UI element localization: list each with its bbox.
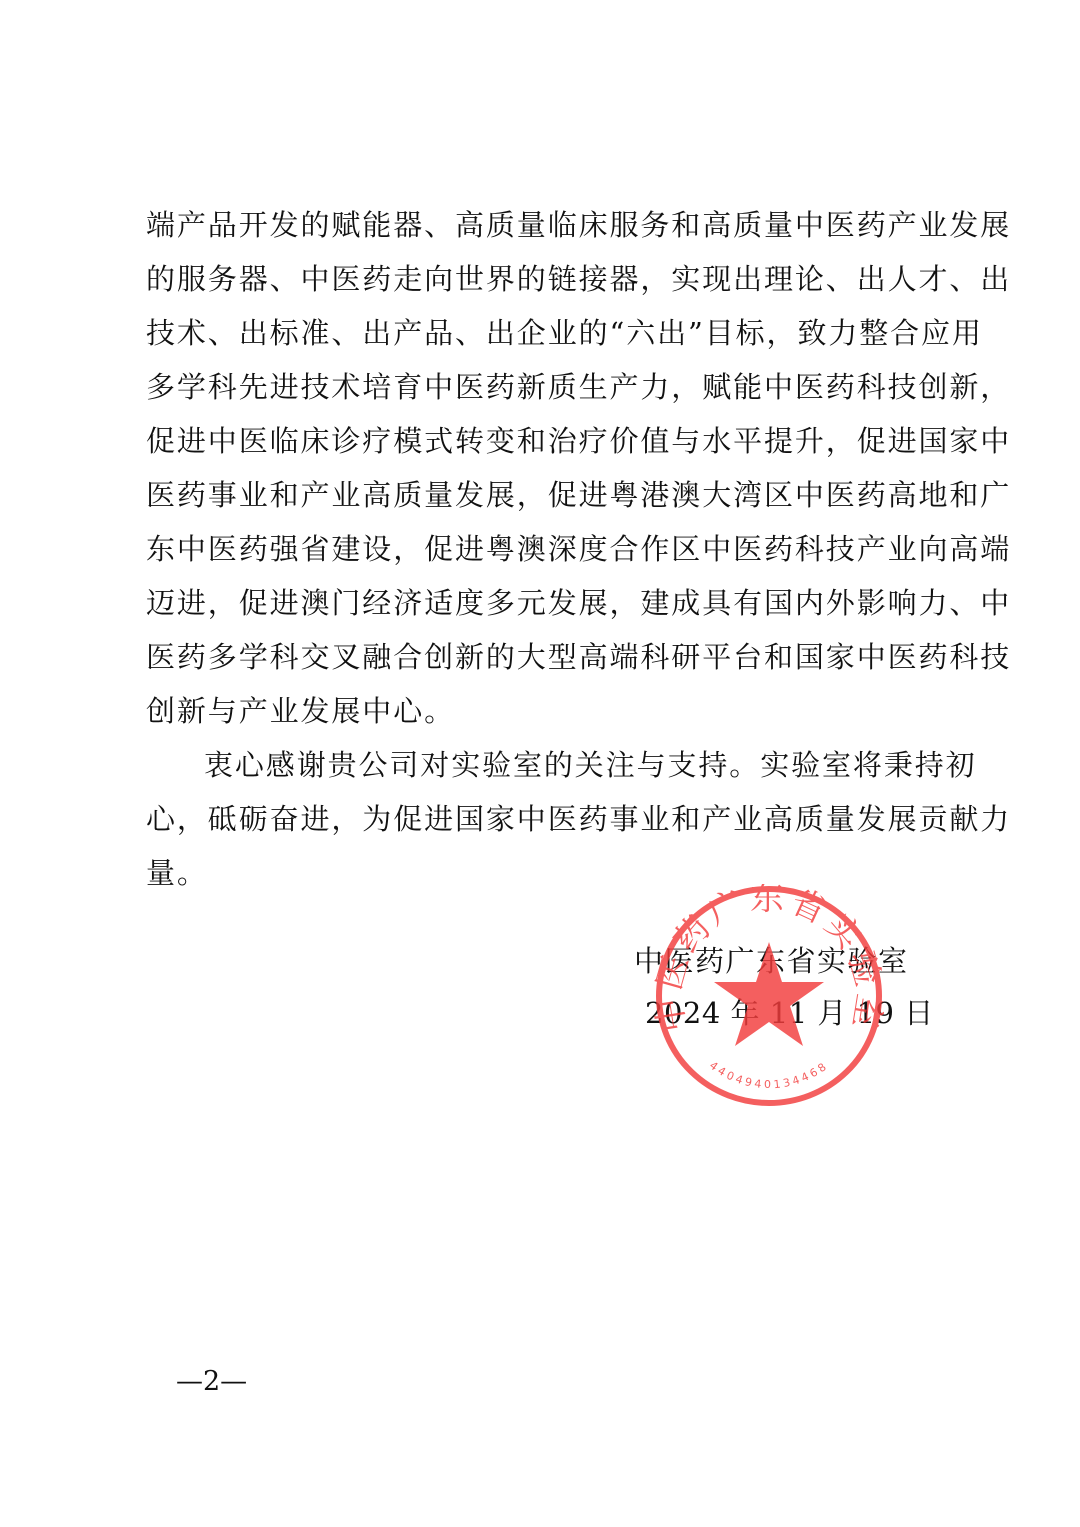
- body-line: 的服务器、中医药走向世界的链接器，实现出理论、出人才、出: [146, 252, 946, 306]
- document-body: 端产品开发的赋能器、高质量临床服务和高质量中医药产业发展 的服务器、中医药走向世…: [146, 198, 946, 900]
- signature-block: 中医药广东省实验室 2024 年 11 月 19 日: [634, 935, 934, 1039]
- body-line: 量。: [146, 846, 946, 900]
- page-number: —2—: [176, 1365, 247, 1399]
- signature-organization: 中医药广东省实验室: [634, 935, 934, 987]
- body-line: 创新与产业发展中心。: [146, 684, 946, 738]
- body-line: 东中医药强省建设，促进粤澳深度合作区中医药科技产业向高端: [146, 522, 946, 576]
- body-line-paragraph-start: 衷心感谢贵公司对实验室的关注与支持。实验室将秉持初: [146, 738, 946, 792]
- document-page: 端产品开发的赋能器、高质量临床服务和高质量中医药产业发展 的服务器、中医药走向世…: [0, 0, 1080, 1527]
- body-line: 医药多学科交叉融合创新的大型高端科研平台和国家中医药科技: [146, 630, 946, 684]
- svg-text:4404940134468: 4404940134468: [707, 1059, 831, 1091]
- body-line: 促进中医临床诊疗模式转变和治疗价值与水平提升，促进国家中: [146, 414, 946, 468]
- body-line: 多学科先进技术培育中医药新质生产力，赋能中医药科技创新，: [146, 360, 946, 414]
- body-line: 技术、出标准、出产品、出企业的“六出”目标，致力整合应用: [146, 306, 946, 360]
- body-line: 迈进，促进澳门经济适度多元发展，建成具有国内外影响力、中: [146, 576, 946, 630]
- seal-serial-number: 4404940134468: [707, 1059, 831, 1091]
- body-line: 心，砥砺奋进，为促进国家中医药事业和产业高质量发展贡献力: [146, 792, 946, 846]
- body-line: 医药事业和产业高质量发展，促进粤港澳大湾区中医药高地和广: [146, 468, 946, 522]
- signature-date: 2024 年 11 月 19 日: [634, 987, 934, 1039]
- body-line: 端产品开发的赋能器、高质量临床服务和高质量中医药产业发展: [146, 198, 946, 252]
